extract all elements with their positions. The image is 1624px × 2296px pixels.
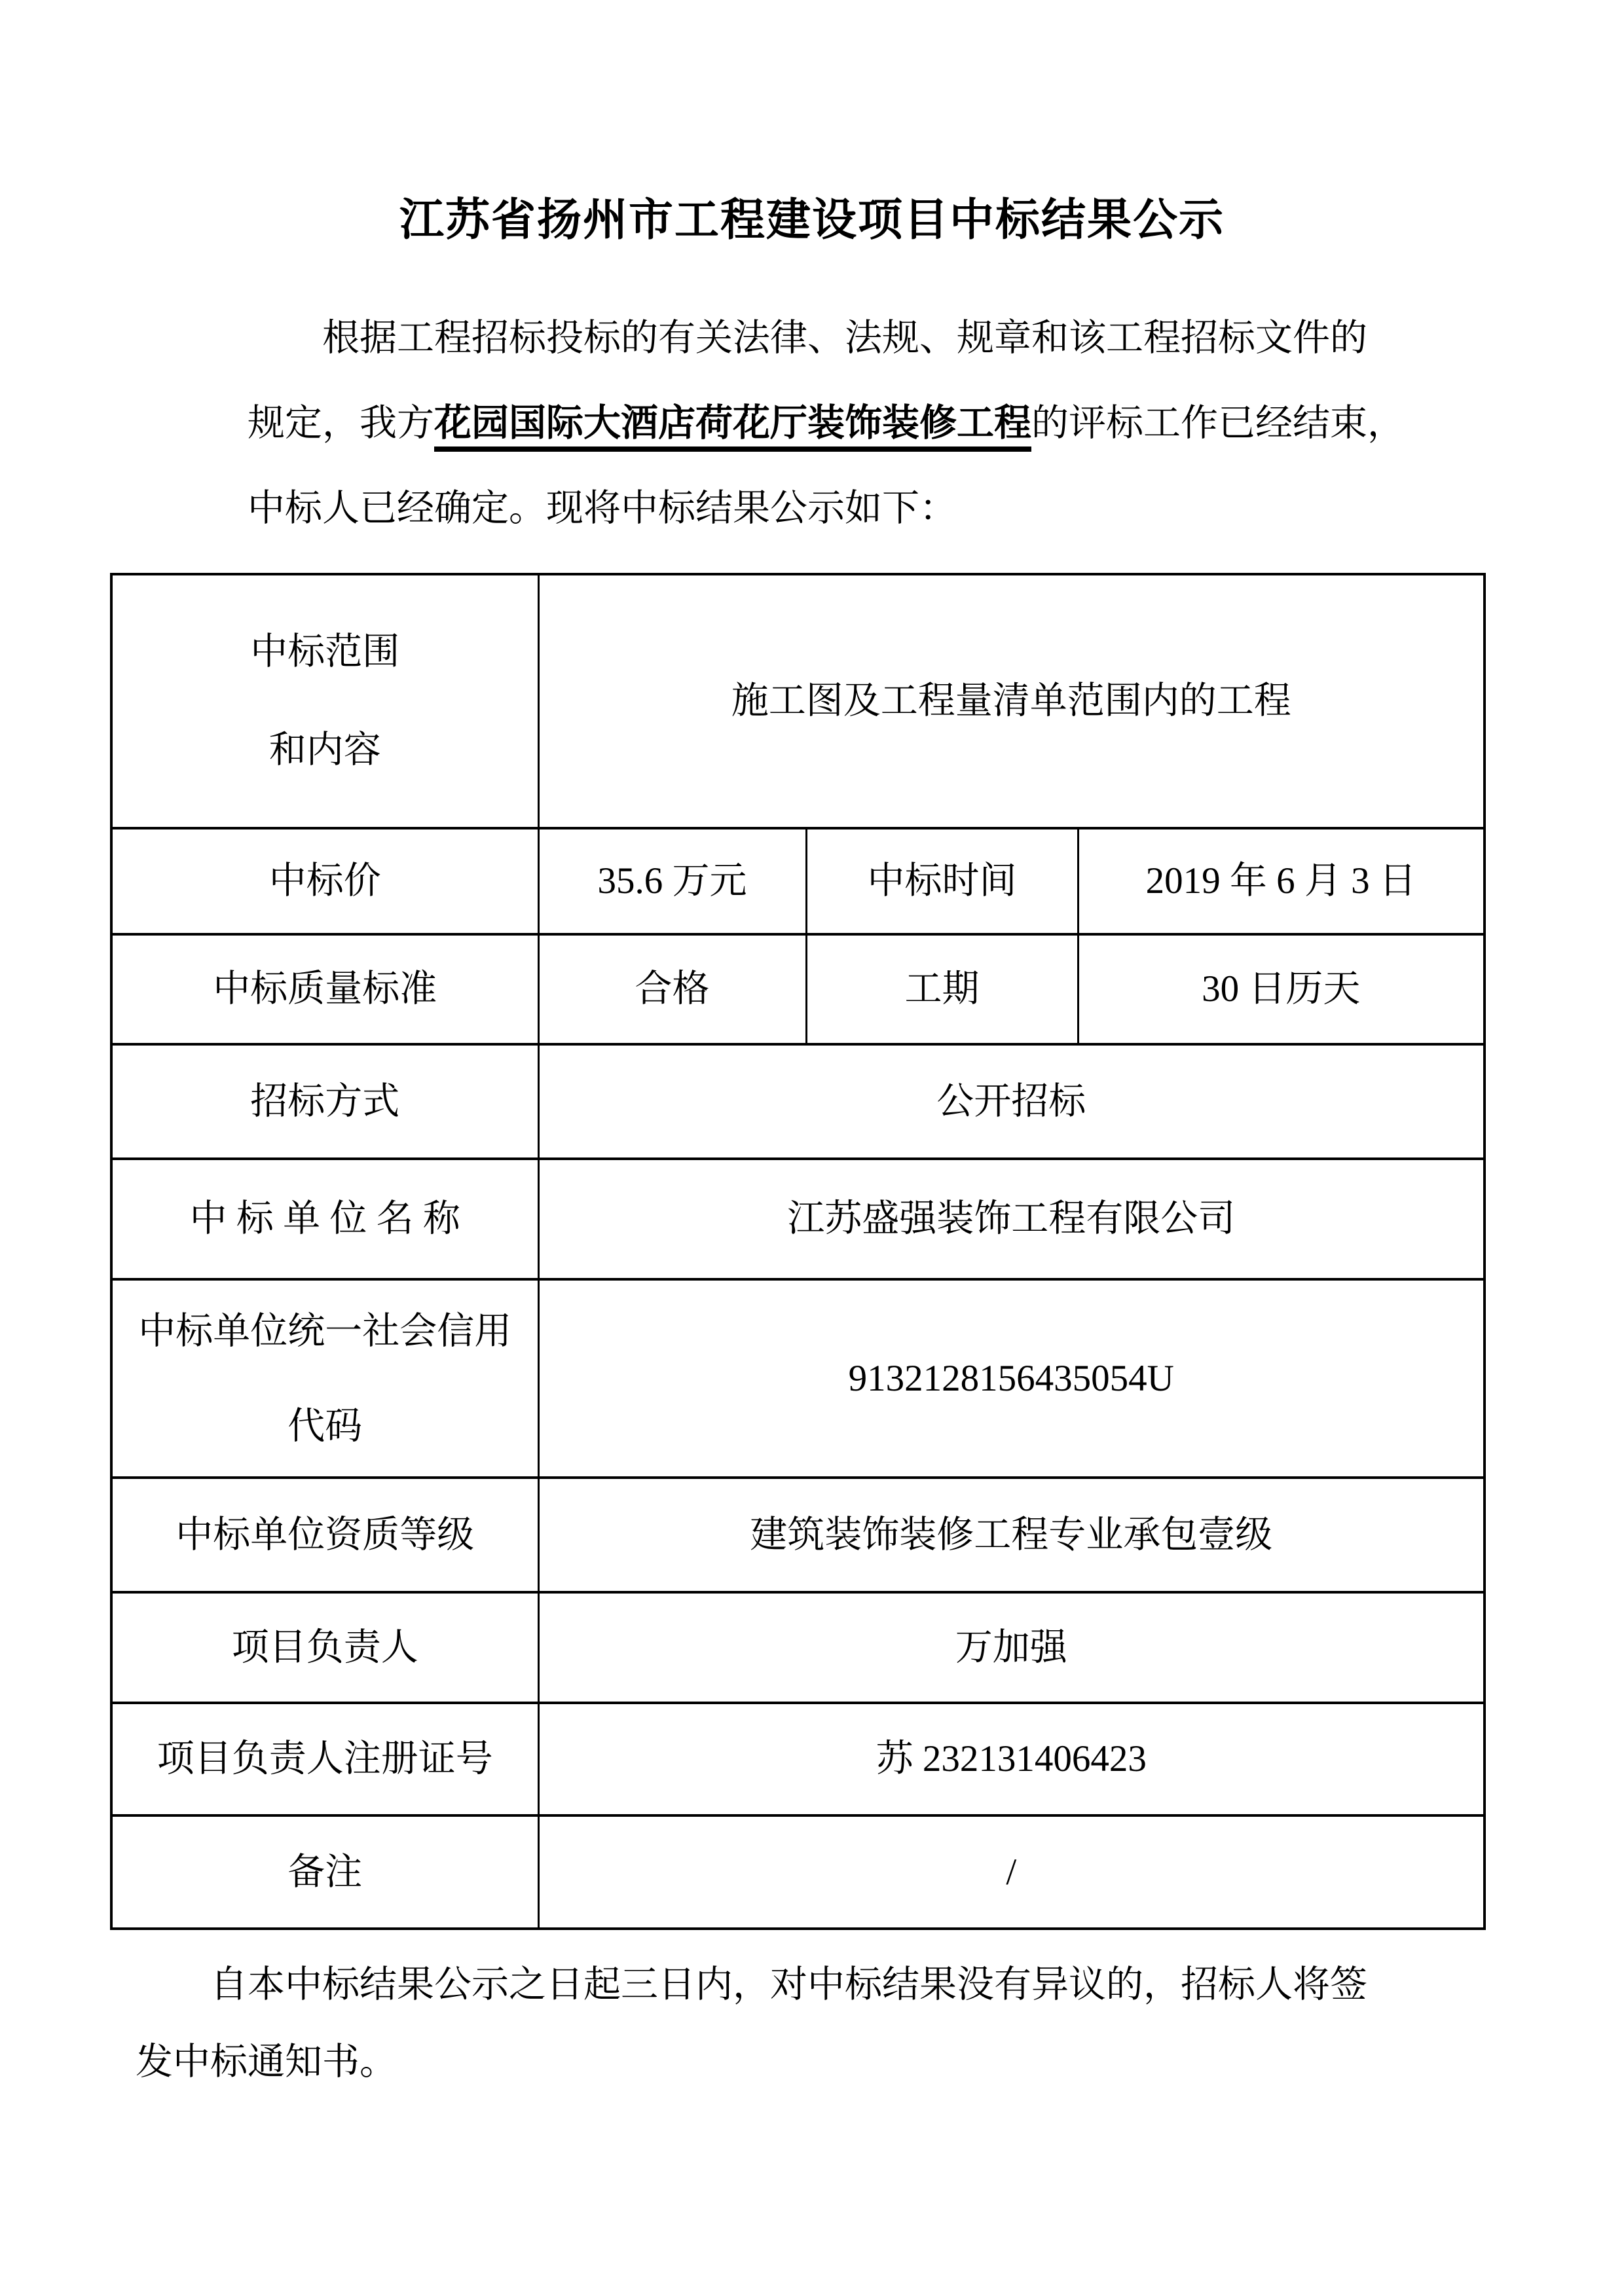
remarks-label-cell: 备注	[111, 1815, 538, 1929]
document-page: 江苏省扬州市工程建设项目中标结果公示 根据工程招标投标的有关法律、法规、规章和该…	[0, 0, 1624, 2296]
intro-line-1: 根据工程招标投标的有关法律、法规、规章和该工程招标文件的	[248, 296, 1400, 381]
project-name: 花园国际大酒店荷花厅装饰装修工程	[434, 403, 1031, 452]
table-row-winner-name: 中 标 单 位 名 称 江苏盛强装饰工程有限公司	[111, 1159, 1485, 1279]
price-label-cell: 中标价	[111, 828, 538, 934]
footer-line-1: 自本中标结果公示之日起三日内，对中标结果没有异议的，招标人将签	[136, 1946, 1511, 2024]
scope-label-line2: 和内容	[113, 701, 538, 799]
table-row-manager: 项目负责人 万加强	[111, 1592, 1485, 1703]
quality-value-cell: 合格	[538, 934, 806, 1044]
credit-code-label-cell: 中标单位统一社会信用 代码	[111, 1279, 538, 1478]
scope-label-cell: 中标范围 和内容	[111, 574, 538, 828]
time-value-cell: 2019 年 6 月 3 日	[1078, 828, 1485, 934]
manager-cert-value-cell: 苏 232131406423	[538, 1703, 1485, 1815]
table-row-remarks: 备注 /	[111, 1815, 1485, 1929]
footer-paragraph: 自本中标结果公示之日起三日内，对中标结果没有异议的，招标人将签 发中标通知书。	[136, 1946, 1511, 2101]
duration-label-cell: 工期	[806, 934, 1078, 1044]
scope-label-line1: 中标范围	[113, 603, 538, 701]
table-row-quality-duration: 中标质量标准 合格 工期 30 日历天	[111, 934, 1485, 1044]
quality-label-cell: 中标质量标准	[111, 934, 538, 1044]
intro-paragraph: 根据工程招标投标的有关法律、法规、规章和该工程招标文件的 规定，我方花园国际大酒…	[248, 296, 1400, 551]
footer-line-2-text: 发中标通知书。	[136, 2041, 397, 2083]
method-label-cell: 招标方式	[111, 1044, 538, 1159]
intro-line-2-suffix: 的评标工作已经结束，	[1031, 403, 1405, 444]
manager-cert-label-cell: 项目负责人注册证号	[111, 1703, 538, 1815]
intro-line-2-prefix: 规定，我方	[248, 403, 434, 444]
method-value-cell: 公开招标	[538, 1044, 1485, 1159]
intro-line-1-text: 根据工程招标投标的有关法律、法规、规章和该工程招标文件的	[322, 318, 1367, 359]
credit-code-value-cell: 9132128156435054U	[538, 1279, 1485, 1478]
winner-name-label-cell: 中 标 单 位 名 称	[111, 1159, 538, 1279]
manager-value-cell: 万加强	[538, 1592, 1485, 1703]
credit-code-label-line1: 中标单位统一社会信用	[113, 1284, 538, 1379]
manager-label-cell: 项目负责人	[111, 1592, 538, 1703]
bid-result-table: 中标范围 和内容 施工图及工程量清单范围内的工程 中标价 35.6 万元 中标时…	[110, 573, 1486, 1930]
intro-line-3: 中标人已经确定。现将中标结果公示如下：	[248, 466, 1400, 551]
duration-value-cell: 30 日历天	[1078, 934, 1485, 1044]
price-value-cell: 35.6 万元	[538, 828, 806, 934]
qualification-value-cell: 建筑装饰装修工程专业承包壹级	[538, 1478, 1485, 1592]
table-row-manager-cert: 项目负责人注册证号 苏 232131406423	[111, 1703, 1485, 1815]
time-label-cell: 中标时间	[806, 828, 1078, 934]
table-row-qualification: 中标单位资质等级 建筑装饰装修工程专业承包壹级	[111, 1478, 1485, 1592]
table-row-price-time: 中标价 35.6 万元 中标时间 2019 年 6 月 3 日	[111, 828, 1485, 934]
footer-line-1-text: 自本中标结果公示之日起三日内，对中标结果没有异议的，招标人将签	[210, 1964, 1367, 2005]
scope-value-cell: 施工图及工程量清单范围内的工程	[538, 574, 1485, 828]
table-row-scope: 中标范围 和内容 施工图及工程量清单范围内的工程	[111, 574, 1485, 828]
intro-line-2: 规定，我方花园国际大酒店荷花厅装饰装修工程的评标工作已经结束，	[248, 381, 1400, 466]
table-row-credit-code: 中标单位统一社会信用 代码 9132128156435054U	[111, 1279, 1485, 1478]
page-title: 江苏省扬州市工程建设项目中标结果公示	[0, 194, 1624, 246]
credit-code-label-line2: 代码	[113, 1379, 538, 1474]
intro-line-3-text: 中标人已经确定。现将中标结果公示如下：	[248, 488, 957, 529]
footer-line-2: 发中标通知书。	[136, 2024, 1511, 2101]
table-row-method: 招标方式 公开招标	[111, 1044, 1485, 1159]
remarks-value-cell: /	[538, 1815, 1485, 1929]
winner-name-value-cell: 江苏盛强装饰工程有限公司	[538, 1159, 1485, 1279]
qualification-label-cell: 中标单位资质等级	[111, 1478, 538, 1592]
